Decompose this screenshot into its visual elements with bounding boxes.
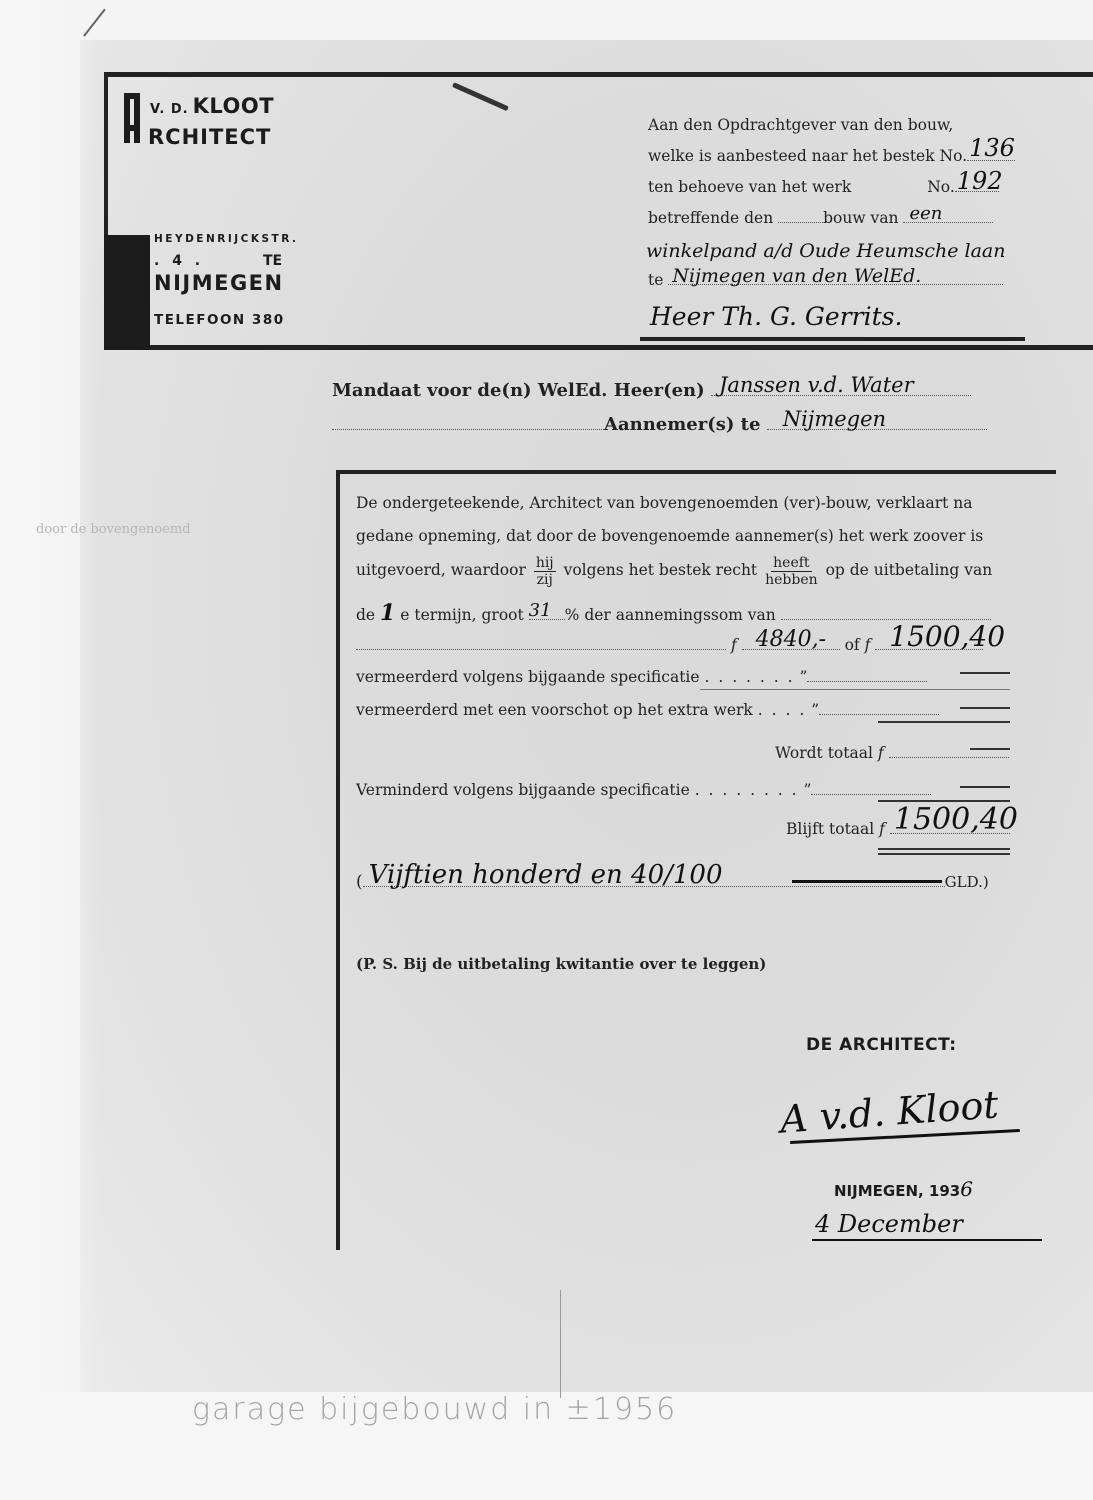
reduced-spec-value <box>960 786 1010 788</box>
signature-date: 4 December <box>815 1210 963 1238</box>
verb-fraction: heefthebben <box>765 555 818 588</box>
project-location: Nijmegen van den WelEd. <box>672 265 921 287</box>
bouw-type: een <box>909 203 942 224</box>
ghost-rule <box>700 689 1010 690</box>
installment-amount: 1500,40 <box>889 620 1005 653</box>
bleed-through-text: door de bovengenoemd <box>36 522 191 537</box>
declaration-line-1: De ondergeteekende, Architect van boveng… <box>356 494 972 512</box>
amount-line: f 4840,- of f 1500,40 <box>356 636 983 654</box>
architect-name: V. D.KLOOT <box>150 94 274 118</box>
calc-row-advance-extra: vermeerderd met een voorschot op het ext… <box>356 701 939 719</box>
street-address: HEYDENRIJCKSTR. <box>154 233 298 245</box>
postscript-note: (P. S. Bij de uitbetaling kwitantie over… <box>356 955 766 973</box>
subtotal-rule <box>878 721 1010 723</box>
addressee-line-2: welke is aanbesteed naar het bestek No.1… <box>648 147 1015 165</box>
letterhead-city: NIJMEGEN <box>154 271 284 295</box>
project-description: winkelpand a/d Oude Heumsche laan <box>646 240 1005 262</box>
paper-edge-shadow <box>40 0 100 1500</box>
amount-in-words: Vijftien honderd en 40/100 <box>369 860 723 890</box>
scan-margin <box>0 0 41 1500</box>
calc-row-added-spec: vermeerderd volgens bijgaande specificat… <box>356 668 927 686</box>
client-name: Heer Th. G. Gerrits. <box>650 302 902 331</box>
phone-number: TELEFOON 380 <box>154 312 285 328</box>
contractor-name: Janssen v.d. Water <box>719 373 914 397</box>
addressee-line-1: Aan den Opdrachtgever van den bouw, <box>648 116 953 134</box>
address-rule <box>640 337 1025 341</box>
signature-place-year: NIJMEGEN, 1936 <box>834 1177 973 1201</box>
date-underline <box>812 1239 1042 1241</box>
architect-title: RCHITECT <box>148 125 271 149</box>
bestek-number: 136 <box>969 134 1015 162</box>
contract-sum: 4840,- <box>756 627 826 652</box>
subtotal-row: Wordt totaal f <box>775 744 1009 762</box>
address-te: TE <box>263 253 282 269</box>
total-double-rule-1 <box>878 848 1010 850</box>
letterhead-black-block <box>104 235 150 350</box>
addressee-line-4: betreffende den bouw van een <box>648 209 993 227</box>
contractor-city: Nijmegen <box>783 407 886 431</box>
total-row: Blijft totaal f 1500,40 <box>786 820 1010 838</box>
installment-number: 1 <box>380 600 395 626</box>
total-double-rule-2 <box>878 853 1010 855</box>
percentage-value: 31 <box>529 600 552 621</box>
total-amount: 1500,40 <box>894 802 1018 837</box>
signature-title: DE ARCHITECT: <box>806 1035 957 1055</box>
words-fill-stroke <box>792 880 942 883</box>
fold-crease <box>560 1290 561 1398</box>
calc-row-reduced-spec: Verminderd volgens bijgaande specificati… <box>356 781 931 799</box>
pencil-annotation: garage bijgebouwd in ±1956 <box>192 1392 677 1427</box>
advance-extra-value <box>960 707 1010 709</box>
mandate-line-1: Mandaat voor de(n) WelEd. Heer(en) Janss… <box>332 380 971 401</box>
pronoun-fraction: hijzij <box>534 555 556 588</box>
addressee-line-6: te Nijmegen van den WelEd. <box>648 271 1003 289</box>
logo-letter-a-icon <box>124 93 140 143</box>
subtotal-value <box>970 748 1010 750</box>
mandate-line-2: Aannemer(s) te Nijmegen <box>332 414 987 435</box>
addressee-line-3: ten behoeve van het werkNo.192 <box>648 178 999 196</box>
declaration-line-2: gedane opneming, dat door de bovengenoem… <box>356 527 983 545</box>
added-spec-value <box>960 672 1010 674</box>
werk-number: 192 <box>957 167 1003 195</box>
street-number: . 4 . <box>154 253 204 269</box>
declaration-line-3: uitgevoerd, waardoor hijzij volgens het … <box>356 553 992 588</box>
